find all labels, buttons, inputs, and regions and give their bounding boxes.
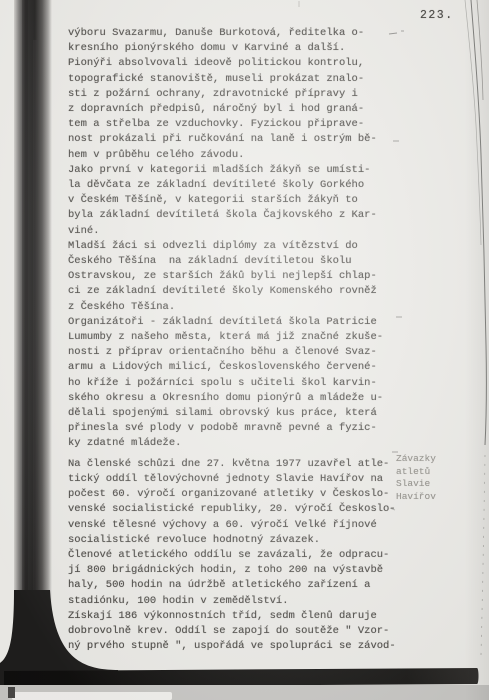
paragraph-block: výboru Svazarmu, Danuše Burkotová, ředit… [68,26,400,452]
scratch-line [465,0,481,245]
text-line: ho kříže i požárníci spolu s učiteli ško… [68,376,400,391]
text-line: ky zdatné mládeže. [68,436,400,451]
text-line: tický oddíl tělovýchovné jednoty Slavie … [68,472,400,487]
text-line: výboru Svazarmu, Danuše Burkotová, ředit… [68,26,400,41]
text-line: ci ze základní devítileté školy Komenské… [68,284,400,299]
text-line: Získají 186 výkonnostních tříd, sedm čle… [68,609,400,624]
text-line: Českého Těšína na základní devítiletou š… [68,254,400,269]
text-line: v Českém Těšíně, v kategorii starších žá… [68,193,400,208]
text-line: venské socialistické republiky, 20. výro… [68,502,400,517]
page-left-edge [0,0,16,668]
text-line: socialistické revoluce hodnotný závazek. [68,533,400,548]
body-text: výboru Svazarmu, Danuše Burkotová, ředit… [68,26,400,654]
scratch-line [471,0,486,445]
text-line: armu a Lidových milicí, Československého… [68,360,400,375]
text-line: la děvčata ze základní devítileté školy … [68,178,400,193]
text-line: stadiónku, 100 hodin v zemědělství. [68,594,400,609]
text-line: hem v průběhu celého závodu. [68,148,400,163]
text-line: viné. [68,224,400,239]
text-line: nosti z příprav orientačního běhu a člen… [68,345,400,360]
text-line: tem a střelba ze vzduchovky. Fyzickou př… [68,117,400,132]
text-line: Ostravskou, ze starších žáků byli nejlep… [68,269,400,284]
paragraph-block: Na členské schůzi dne 27. května 1977 uz… [68,457,400,655]
text-line: Mladší žáci si odvezli diplómy za vítězs… [68,239,400,254]
text-line: Závazky [396,453,436,466]
text-line: kresního pionýrského domu v Karviné a da… [68,41,400,56]
text-line: Slavie [396,478,436,491]
text-line: přinesla své plody v podobě mravně pevné… [68,421,400,436]
text-line: Členové atletického oddílu se zavázali, … [68,548,400,563]
text-line: ského okresu a Okresního domu pionýrů a … [68,391,400,406]
text-line: Na členské schůzi dne 27. května 1977 uz… [68,457,400,472]
text-line: ný prvého stupně ", uspořádá ve spoluprá… [68,639,400,654]
text-line: z Českého Těšína. [68,300,400,315]
below-bar-highlight [12,692,172,700]
text-line: byla základní devítiletá škola Čajkovské… [68,208,400,223]
text-line: z dopravních předpisů, náročný byl i hod… [68,102,400,117]
text-line: Jako první v kategorii mladších žákyň se… [68,163,400,178]
text-line: sti z požární ochrany, zdravotnické příp… [68,87,400,102]
text-line: počest 60. výročí organizované atletiky … [68,487,400,502]
bottom-scan-bar [4,668,479,687]
scanned-document-page: 223. výboru Svazarmu, Danuše Burkotová, … [0,0,489,700]
text-line: topografické stanoviště, museli prokázat… [68,72,400,87]
text-line: atletů [396,466,436,479]
margin-note: ZávazkyatletůSlavieHavířov [396,453,436,504]
text-line: dobrovolně krev. Oddíl se zapojí do sout… [68,624,400,639]
text-line: Organizátoři - základní devítiletá škola… [68,315,400,330]
text-line: nost prokázali při ručkování na laně i o… [68,132,400,147]
text-line: haly, 500 hodin na údržbě atletického za… [68,578,400,593]
text-line: Lumumby z našeho města, která má již zna… [68,330,400,345]
text-line: venské tělesné výchovy a 60. výročí Velk… [68,518,400,533]
text-line: dělali spojenými silami obrovský kus prá… [68,406,400,421]
page-number: 223. [420,9,454,22]
scratch-line-faint [481,455,485,655]
text-line: Havířov [396,491,436,504]
text-line: jí 800 brigádnických hodin, z toho 200 n… [68,563,400,578]
text-line: Pionýři absolvovali ideově politickou ko… [68,56,400,71]
scratch-line [477,0,483,100]
below-bar-mark [8,687,15,698]
